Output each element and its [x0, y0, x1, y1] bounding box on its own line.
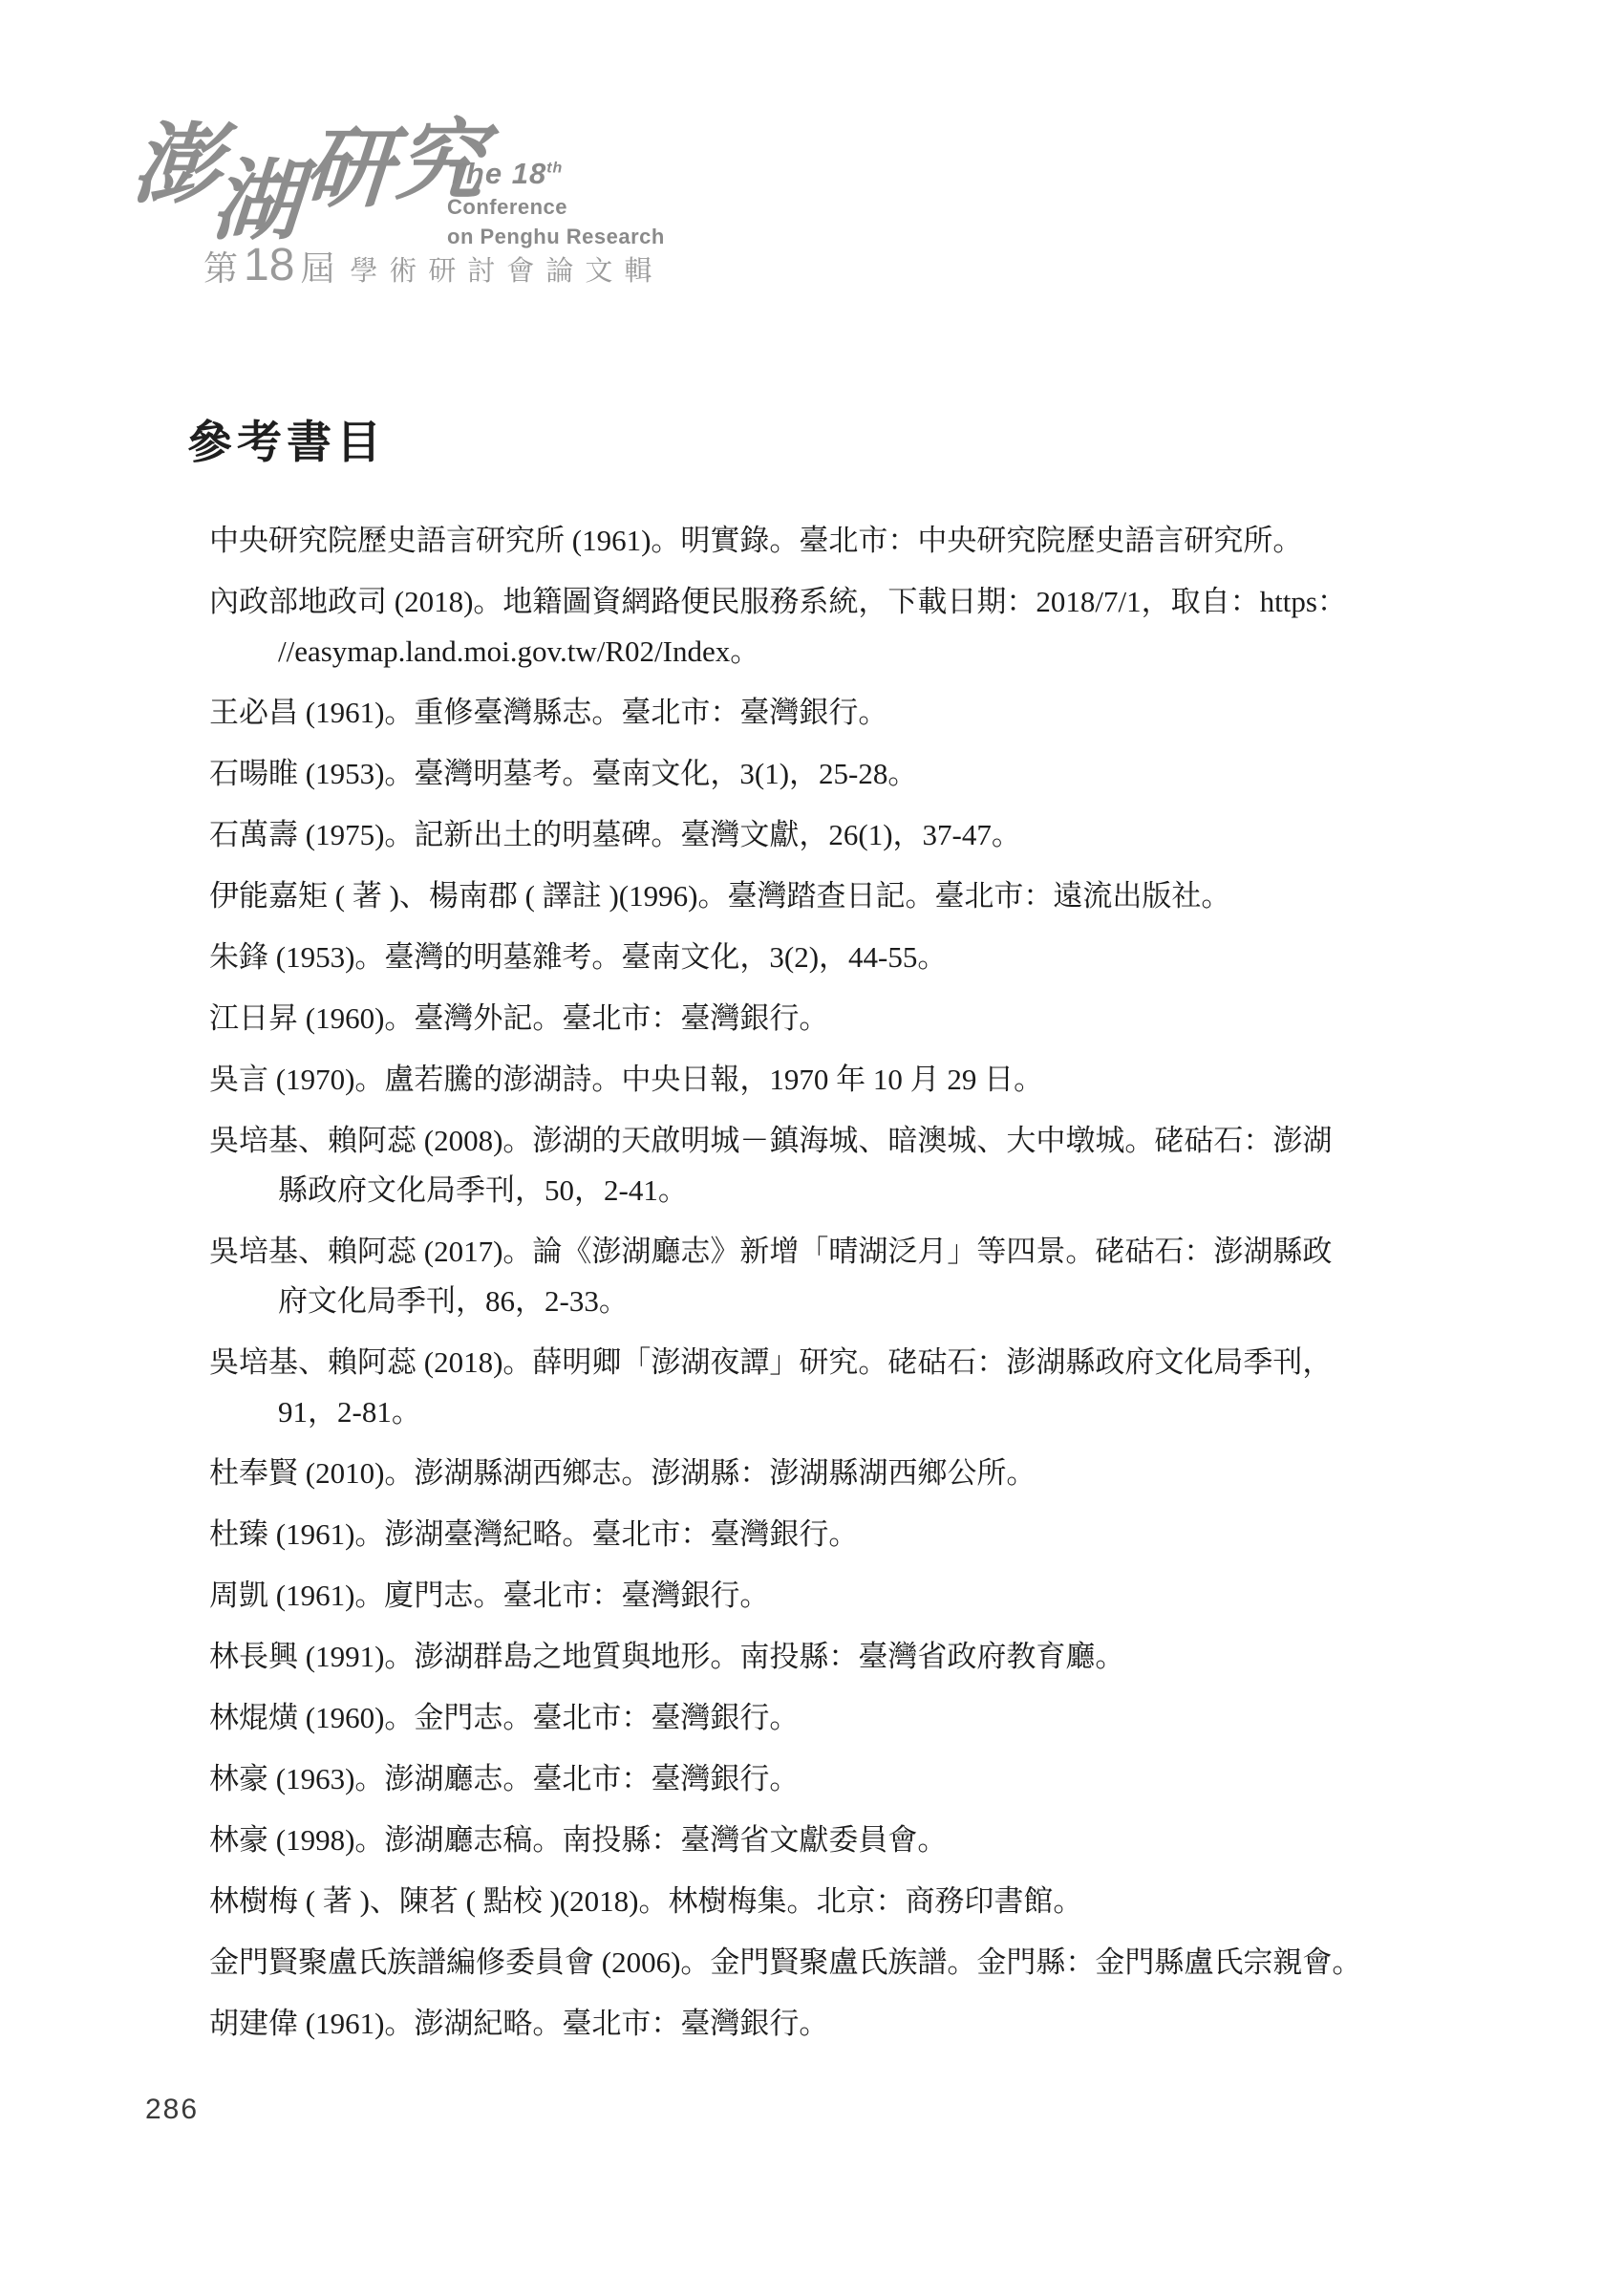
reference-line: 林豪 (1998)。澎湖廳志稿。南投縣：臺灣省文獻委員會。	[209, 1816, 1556, 1865]
reference-line: 江日昇 (1960)。臺灣外記。臺北市：臺灣銀行。	[209, 994, 1556, 1043]
reference-entry: 林豪 (1998)。澎湖廳志稿。南投縣：臺灣省文獻委員會。	[209, 1816, 1556, 1865]
references-list: 中央研究院歷史語言研究所 (1961)。明實錄。臺北市：中央研究院歷史語言研究所…	[209, 516, 1556, 2060]
reference-entry: 朱鋒 (1953)。臺灣的明墓雜考。臺南文化，3(2)，44-55。	[209, 933, 1556, 982]
reference-entry: 吳培基、賴阿蕊 (2018)。薛明卿「澎湖夜譚」研究。硓𥑮石：澎湖縣政府文化局季…	[209, 1338, 1556, 1437]
reference-line: 林長興 (1991)。澎湖群島之地質與地形。南投縣：臺灣省政府教育廳。	[209, 1632, 1556, 1682]
reference-entry: 石萬壽 (1975)。記新出土的明墓碑。臺灣文獻，26(1)，37-47。	[209, 810, 1556, 860]
logo-char-peng: 澎	[127, 120, 224, 245]
reference-line: 吳培基、賴阿蕊 (2018)。薛明卿「澎湖夜譚」研究。硓𥑮石：澎湖縣政府文化局季…	[209, 1338, 1556, 1387]
reference-entry: 林長興 (1991)。澎湖群島之地質與地形。南投縣：臺灣省政府教育廳。	[209, 1632, 1556, 1682]
reference-line: 石萬壽 (1975)。記新出土的明墓碑。臺灣文獻，26(1)，37-47。	[209, 810, 1556, 860]
reference-line: 石暘睢 (1953)。臺灣明墓考。臺南文化，3(1)，25-28。	[209, 749, 1556, 799]
reference-entry: 內政部地政司 (2018)。地籍圖資網路便民服務系統，下載日期：2018/7/1…	[209, 577, 1556, 677]
reference-line: 吳培基、賴阿蕊 (2008)。澎湖的天啟明城－鎮海城、暗澳城、大中墩城。硓𥑮石：…	[209, 1116, 1556, 1166]
logo-char-yan: 研	[299, 124, 395, 245]
page-title: 參考書目	[187, 419, 386, 469]
reference-entry: 石暘睢 (1953)。臺灣明墓考。臺南文化，3(1)，25-28。	[209, 749, 1556, 799]
series-number: 18	[244, 243, 294, 289]
reference-entry: 胡建偉 (1961)。澎湖紀略。臺北市：臺灣銀行。	[209, 1999, 1556, 2049]
logo-conference-line: Conference	[447, 197, 665, 218]
reference-entry: 杜臻 (1961)。澎湖臺灣紀略。臺北市：臺灣銀行。	[209, 1510, 1556, 1559]
reference-line: 吳言 (1970)。盧若騰的澎湖詩。中央日報，1970 年 10 月 29 日。	[209, 1055, 1556, 1105]
reference-line: 中央研究院歷史語言研究所 (1961)。明實錄。臺北市：中央研究院歷史語言研究所…	[209, 516, 1556, 566]
reference-line-continuation: 91，2-81。	[209, 1387, 1556, 1437]
penghu-research-logo: 澎 湖 研 究	[127, 107, 488, 245]
reference-line-continuation: 縣政府文化局季刊，50，2-41。	[209, 1166, 1556, 1215]
series-prefix: 第	[203, 251, 238, 286]
reference-line-continuation: 府文化局季刊，86，2-33。	[209, 1277, 1556, 1326]
series-unit: 屆	[300, 251, 334, 286]
logo-english-tagline: The 18th Conference on Penghu Research	[447, 159, 665, 247]
reference-line: 杜臻 (1961)。澎湖臺灣紀略。臺北市：臺灣銀行。	[209, 1510, 1556, 1559]
page-number: 286	[145, 2095, 199, 2124]
reference-entry: 中央研究院歷史語言研究所 (1961)。明實錄。臺北市：中央研究院歷史語言研究所…	[209, 516, 1556, 566]
reference-entry: 吳言 (1970)。盧若騰的澎湖詩。中央日報，1970 年 10 月 29 日。	[209, 1055, 1556, 1105]
reference-entry: 吳培基、賴阿蕊 (2017)。論《澎湖廳志》新增「晴湖泛月」等四景。硓𥑮石：澎湖…	[209, 1227, 1556, 1326]
reference-entry: 林樹梅 ( 著 )、陳茗 ( 點校 )(2018)。林樹梅集。北京：商務印書館。	[209, 1877, 1556, 1926]
reference-line: 吳培基、賴阿蕊 (2017)。論《澎湖廳志》新增「晴湖泛月」等四景。硓𥑮石：澎湖…	[209, 1227, 1556, 1277]
reference-entry: 金門賢聚盧氏族譜編修委員會 (2006)。金門賢聚盧氏族譜。金門縣：金門縣盧氏宗…	[209, 1938, 1556, 1988]
reference-entry: 周凱 (1961)。廈門志。臺北市：臺灣銀行。	[209, 1571, 1556, 1621]
reference-line: 周凱 (1961)。廈門志。臺北市：臺灣銀行。	[209, 1571, 1556, 1621]
reference-line: 金門賢聚盧氏族譜編修委員會 (2006)。金門賢聚盧氏族譜。金門縣：金門縣盧氏宗…	[209, 1938, 1556, 1988]
reference-line: 王必昌 (1961)。重修臺灣縣志。臺北市：臺灣銀行。	[209, 688, 1556, 738]
reference-entry: 王必昌 (1961)。重修臺灣縣志。臺北市：臺灣銀行。	[209, 688, 1556, 738]
reference-entry: 伊能嘉矩 ( 著 )、楊南郡 ( 譯註 )(1996)。臺灣踏查日記。臺北市：遠…	[209, 871, 1556, 921]
reference-line: 朱鋒 (1953)。臺灣的明墓雜考。臺南文化，3(2)，44-55。	[209, 933, 1556, 982]
reference-line: 伊能嘉矩 ( 著 )、楊南郡 ( 譯註 )(1996)。臺灣踏查日記。臺北市：遠…	[209, 871, 1556, 921]
series-title: 學術研討會論文輯	[350, 258, 663, 286]
reference-line: 林樹梅 ( 著 )、陳茗 ( 點校 )(2018)。林樹梅集。北京：商務印書館。	[209, 1877, 1556, 1926]
logo-char-hu: 湖	[209, 157, 303, 245]
reference-entry: 林豪 (1963)。澎湖廳志。臺北市：臺灣銀行。	[209, 1754, 1556, 1804]
reference-line: 胡建偉 (1961)。澎湖紀略。臺北市：臺灣銀行。	[209, 1999, 1556, 2049]
logo-series-line: 第 18 屆 學術研討會論文輯	[203, 243, 663, 289]
reference-entry: 吳培基、賴阿蕊 (2008)。澎湖的天啟明城－鎮海城、暗澳城、大中墩城。硓𥑮石：…	[209, 1116, 1556, 1215]
logo-the-18th: The 18th	[447, 159, 665, 188]
reference-line: 林豪 (1963)。澎湖廳志。臺北市：臺灣銀行。	[209, 1754, 1556, 1804]
reference-line-continuation: //easymap.land.moi.gov.tw/R02/Index。	[209, 627, 1556, 677]
reference-line: 杜奉賢 (2010)。澎湖縣湖西鄉志。澎湖縣：澎湖縣湖西鄉公所。	[209, 1449, 1556, 1498]
reference-entry: 杜奉賢 (2010)。澎湖縣湖西鄉志。澎湖縣：澎湖縣湖西鄉公所。	[209, 1449, 1556, 1498]
logo-ordinal-sup: th	[546, 161, 563, 177]
reference-entry: 林焜熿 (1960)。金門志。臺北市：臺灣銀行。	[209, 1693, 1556, 1743]
reference-line: 內政部地政司 (2018)。地籍圖資網路便民服務系統，下載日期：2018/7/1…	[209, 577, 1556, 627]
reference-entry: 江日昇 (1960)。臺灣外記。臺北市：臺灣銀行。	[209, 994, 1556, 1043]
reference-line: 林焜熿 (1960)。金門志。臺北市：臺灣銀行。	[209, 1693, 1556, 1743]
